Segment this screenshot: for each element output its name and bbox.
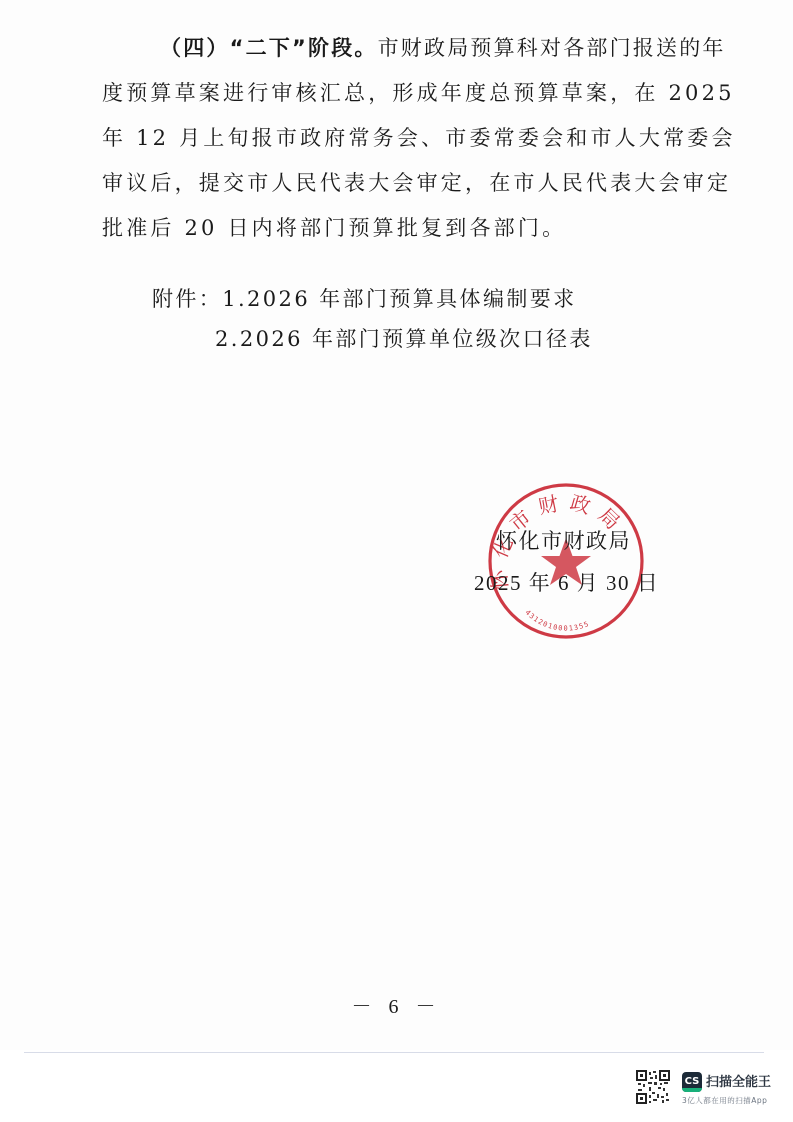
- attachment-item-1: 1.2026 年部门预算具体编制要求: [222, 287, 576, 311]
- paragraph-line-3: 年 12 月上旬报市政府常务会、市委常委会和市人大常委会: [102, 116, 702, 161]
- watermark-tagline: 3亿人都在用的扫描App: [682, 1095, 767, 1106]
- issuer-name: 怀化市财政局: [496, 525, 631, 555]
- document-page: （四）“二下”阶段。市财政局预算科对各部门报送的年 度预算草案进行审核汇总，形成…: [0, 0, 793, 1050]
- paragraph-line-5: 批准后 20 日内将部门预算批复到各部门。: [102, 206, 702, 251]
- issue-date: 2025 年 6 月 30 日: [474, 567, 659, 597]
- page-number: － 6 －: [0, 990, 793, 1019]
- paragraph-line-4: 审议后，提交市人民代表大会审定，在市人民代表大会审定: [102, 161, 702, 206]
- paragraph-line-1: （四）“二下”阶段。市财政局预算科对各部门报送的年: [102, 26, 702, 71]
- attachment-item-2-row: 2.2026 年部门预算单位级次口径表: [215, 320, 593, 358]
- paragraph-text: 市财政局预算科对各部门报送的年: [378, 36, 726, 60]
- page-bottom-rule: [24, 1052, 764, 1053]
- camscanner-logo-icon: CS: [682, 1072, 702, 1092]
- qr-code-icon: [636, 1070, 670, 1104]
- attachments-label: 附件：: [152, 287, 222, 311]
- official-seal-icon: 怀化市财政局 4312010001355: [485, 480, 647, 642]
- watermark-app-name: 扫描全能王: [706, 1071, 771, 1090]
- scanner-watermark: CS 扫描全能王 3亿人都在用的扫描App: [636, 1070, 781, 1110]
- attachments-block: 附件：1.2026 年部门预算具体编制要求: [152, 280, 577, 318]
- attachment-item-2: 2.2026 年部门预算单位级次口径表: [215, 327, 593, 351]
- section-heading: （四）“二下”阶段。: [160, 36, 378, 60]
- section-paragraph: （四）“二下”阶段。市财政局预算科对各部门报送的年 度预算草案进行审核汇总，形成…: [102, 26, 702, 251]
- paragraph-line-2: 度预算草案进行审核汇总，形成年度总预算草案，在 2025: [102, 71, 702, 116]
